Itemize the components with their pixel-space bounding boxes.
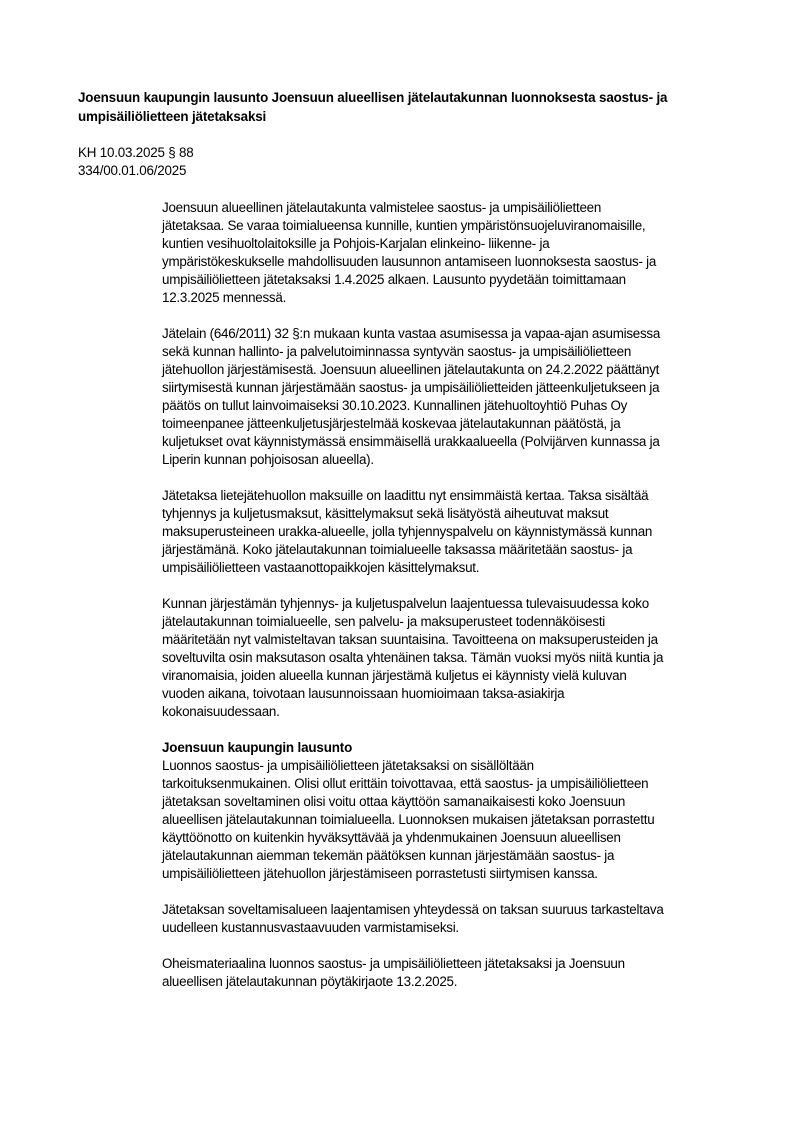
text-line: Joensuun alueellinen jätelautakunta valm… — [162, 199, 742, 217]
text-line: umpisäiliölietteen jätehuollon järjestäm… — [162, 865, 742, 883]
text-line: Jätetaksa lietejätehuollon maksuille on … — [162, 487, 742, 505]
paragraph-attachments: Oheismateriaalina luonnos saostus- ja um… — [162, 955, 742, 991]
text-line: umpisäiliölietteen vastaanottopaikkojen … — [162, 559, 742, 577]
text-line: ympäristökeskukselle mahdollisuuden laus… — [162, 253, 742, 271]
text-line: tarkoituksenmukainen. Olisi ollut erittä… — [162, 775, 742, 793]
text-line: 12.3.2025 mennessä. — [162, 289, 742, 307]
paragraph-statement: Luonnos saostus- ja umpisäiliölietteen j… — [162, 757, 742, 883]
text-line: alueellisen jätelautakunnan pöytäkirjaot… — [162, 973, 742, 991]
text-line: jätelautakunnan toimialueelle, sen palve… — [162, 613, 742, 631]
text-line: toimeenpanee jätteenkuljetusjärjestelmää… — [162, 415, 742, 433]
text-line: jätelautakunnan aiemman tekemän päätökse… — [162, 847, 742, 865]
meeting-reference: KH 10.03.2025 § 88 — [78, 144, 194, 162]
text-line: alueellisen jätelautakunnan toimialueell… — [162, 811, 742, 829]
text-line: uudelleen kustannusvastaavuuden varmista… — [162, 919, 742, 937]
text-line: kuntien vesihuoltolaitoksille ja Pohjois… — [162, 235, 742, 253]
document-body: Joensuun alueellinen jätelautakunta valm… — [162, 199, 742, 1009]
statement-heading: Joensuun kaupungin lausunto — [162, 739, 742, 757]
text-line: vuoden aikana, toivotaan lausunnoissaan … — [162, 685, 742, 703]
title-line: umpisäiliölietteen jätetaksaksi — [78, 107, 758, 126]
text-line: tyhjennys ja kuljetusmaksut, käsittelyma… — [162, 505, 742, 523]
text-line: maksuperusteineen urakka-alueelle, jolla… — [162, 523, 742, 541]
text-line: Liperin kunnan pohjoisosan alueella). — [162, 451, 742, 469]
paragraph-legal-basis: Jätelain (646/2011) 32 §:n mukaan kunta … — [162, 325, 742, 469]
text-line: jätetaksan soveltaminen olisi voitu otta… — [162, 793, 742, 811]
text-line: Oheismateriaalina luonnos saostus- ja um… — [162, 955, 742, 973]
text-line: Jätelain (646/2011) 32 §:n mukaan kunta … — [162, 325, 742, 343]
text-line: kuljetukset ovat käynnistymässä ensimmäi… — [162, 433, 742, 451]
text-line: soveltuvilta osin maksutason osalta yhte… — [162, 649, 742, 667]
text-line: viranomaisia, joiden alueella kunnan jär… — [162, 667, 742, 685]
text-line: kokonaisuudessaan. — [162, 703, 742, 721]
text-line: määritetään nyt valmisteltavan taksan su… — [162, 631, 742, 649]
text-line: umpisäiliölietteen jätetaksaksi 1.4.2025… — [162, 271, 742, 289]
text-line: päätös on tullut lainvoimaiseksi 30.10.2… — [162, 397, 742, 415]
text-line: Jätetaksan soveltamisalueen laajentamise… — [162, 901, 742, 919]
text-line: jätehuollon järjestämisestä. Joensuun al… — [162, 361, 742, 379]
paragraph-background: Joensuun alueellinen jätelautakunta valm… — [162, 199, 742, 307]
text-line: siirtymisestä kunnan järjestämään saostu… — [162, 379, 742, 397]
text-line: käyttöönotto on kuitenkin hyväksyttävää … — [162, 829, 742, 847]
text-line: Luonnos saostus- ja umpisäiliölietteen j… — [162, 757, 742, 775]
text-line: Kunnan järjestämän tyhjennys- ja kuljetu… — [162, 595, 742, 613]
record-number: 334/00.01.06/2025 — [78, 162, 194, 180]
title-line: Joensuun kaupungin lausunto Joensuun alu… — [78, 88, 758, 107]
text-line: jätetaksaa. Se varaa toimialueensa kunni… — [162, 217, 742, 235]
paragraph-future-extension: Kunnan järjestämän tyhjennys- ja kuljetu… — [162, 595, 742, 721]
text-line: järjestämänä. Koko jätelautakunnan toimi… — [162, 541, 742, 559]
document-meta: KH 10.03.2025 § 88 334/00.01.06/2025 — [78, 144, 194, 180]
document-title: Joensuun kaupungin lausunto Joensuun alu… — [78, 88, 758, 126]
paragraph-statement-review: Jätetaksan soveltamisalueen laajentamise… — [162, 901, 742, 937]
text-line: sekä kunnan hallinto- ja palvelutoiminna… — [162, 343, 742, 361]
paragraph-tariff-content: Jätetaksa lietejätehuollon maksuille on … — [162, 487, 742, 577]
